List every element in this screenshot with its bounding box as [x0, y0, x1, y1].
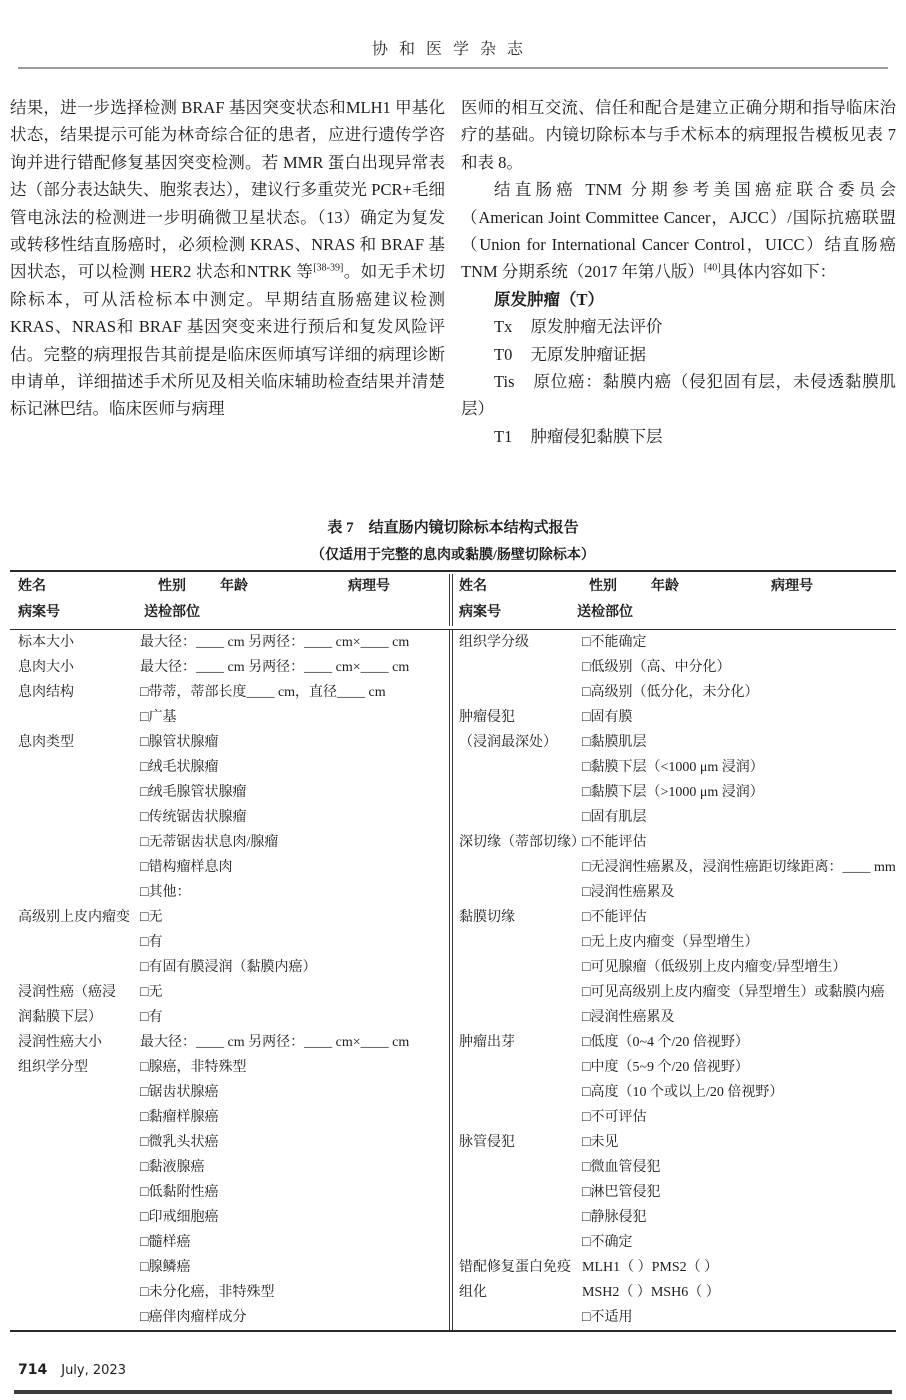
row-option: □不能评估 — [582, 905, 646, 930]
row-option: □印戒细胞癌 — [140, 1205, 218, 1230]
row-right-half: □可见腺瘤（低级别上皮内瘤变/异型增生） — [452, 955, 896, 980]
row-option: □错构瘤样息肉 — [140, 855, 232, 880]
row-left-half: □低黏附性癌 — [10, 1180, 450, 1205]
row-left-half: 高级别上皮内瘤变□无 — [10, 905, 450, 930]
tnm-code: Tis — [494, 372, 515, 391]
row-option: □有 — [140, 1005, 162, 1030]
table-row: □错构瘤样息肉□无浸润性癌累及，浸润性癌距切缘距离：____ mm — [10, 855, 896, 880]
row-label: 肿瘤出芽 — [459, 1030, 582, 1055]
article-body: 结果，进一步选择检测 BRAF 基因突变状态和MLH1 甲基化状态，结果提示可能… — [10, 94, 896, 450]
row-left-half: □绒毛腺管状腺瘤 — [10, 780, 450, 805]
row-option: □不适用 — [582, 1305, 632, 1330]
table-row: 组织学分型□腺癌，非特殊型□中度（5~9 个/20 倍视野） — [10, 1055, 896, 1080]
row-option: □不可评估 — [582, 1105, 646, 1130]
row-label: 肿瘤侵犯 — [459, 705, 582, 730]
row-right-half: □淋巴管侵犯 — [452, 1180, 896, 1205]
row-option: □微乳头状癌 — [140, 1130, 218, 1155]
row-right-half: 肿瘤侵犯□固有膜 — [452, 705, 896, 730]
table-row: 润黏膜下层）□有□浸润性癌累及 — [10, 1005, 896, 1030]
row-option: 最大径：____ cm 另两径：____ cm×____ cm — [140, 630, 409, 655]
row-option: □其他： — [140, 880, 190, 905]
table-row: □微乳头状癌脉管侵犯□未见 — [10, 1130, 896, 1155]
row-left-half: □黏液腺癌 — [10, 1155, 450, 1180]
row-right-half: □无浸润性癌累及，浸润性癌距切缘距离：____ mm — [452, 855, 896, 880]
row-right-half: 组化MSH2（ ）MSH6（ ） — [452, 1280, 896, 1305]
row-left-half: 息肉结构□带蒂，蒂部长度____ cm，直径____ cm — [10, 680, 450, 705]
header-specimen-site: 送检部位 — [577, 605, 633, 620]
table-row: □其他：□浸润性癌累及 — [10, 880, 896, 905]
tnm-code: T1 — [494, 427, 512, 446]
header-age: 年龄 — [220, 574, 348, 600]
row-label: 组化 — [459, 1280, 582, 1305]
header-record-no: 病案号 — [18, 600, 144, 626]
row-left-half: □错构瘤样息肉 — [10, 855, 450, 880]
table-header-row-2: 病案号送检部位 病案号送检部位 — [10, 600, 896, 626]
row-right-half: □可见高级别上皮内瘤变（异型增生）或黏膜内癌 — [452, 980, 896, 1005]
table-row: 浸润性癌大小最大径：____ cm 另两径：____ cm×____ cm肿瘤出… — [10, 1030, 896, 1055]
row-right-half: □高级别（低分化，未分化） — [452, 680, 896, 705]
tnm-item-t1: T1肿瘤侵犯黏膜下层 — [461, 423, 896, 450]
row-left-half: □其他： — [10, 880, 450, 905]
bottom-rule — [14, 1390, 892, 1394]
row-right-half: □高度（10 个或以上/20 倍视野） — [452, 1080, 896, 1105]
issue-date: July, 2023 — [61, 1363, 126, 1378]
row-option: □腺鳞癌 — [140, 1255, 190, 1280]
row-right-half: □黏膜下层（>1000 μm 浸润） — [452, 780, 896, 805]
row-option: □浸润性癌累及 — [582, 1005, 674, 1030]
row-right-half: □无上皮内瘤变（异型增生） — [452, 930, 896, 955]
row-label: 组织学分级 — [459, 630, 582, 655]
table-7: 姓名性别年龄病理号 姓名性别年龄病理号 病案号送检部位 病案号送检部位 标本大小… — [10, 570, 896, 1332]
row-right-half: □不确定 — [452, 1230, 896, 1255]
row-option: □无 — [140, 905, 162, 930]
row-left-half: 组织学分型□腺癌，非特殊型 — [10, 1055, 450, 1080]
row-right-half: 肿瘤出芽□低度（0~4 个/20 倍视野） — [452, 1030, 896, 1055]
left-text-part1: 结果，进一步选择检测 BRAF 基因突变状态和MLH1 甲基化状态，结果提示可能… — [10, 98, 445, 281]
table-row: □锯齿状腺癌□高度（10 个或以上/20 倍视野） — [10, 1080, 896, 1105]
row-right-half: □静脉侵犯 — [452, 1205, 896, 1230]
journal-page: 协和医学杂志 结果，进一步选择检测 BRAF 基因突变状态和MLH1 甲基化状态… — [0, 0, 906, 1400]
article-right-column: 医师的相互交流、信任和配合是建立正确分期和指导临床治疗的基础。内镜切除标本与手术… — [461, 94, 896, 450]
row-option: □未分化癌，非特殊型 — [140, 1280, 274, 1305]
row-label: 黏膜切缘 — [459, 905, 582, 930]
row-right-half: □中度（5~9 个/20 倍视野） — [452, 1055, 896, 1080]
row-left-half: 息肉类型□腺管状腺瘤 — [10, 730, 450, 755]
article-left-text: 结果，进一步选择检测 BRAF 基因突变状态和MLH1 甲基化状态，结果提示可能… — [10, 94, 445, 423]
row-left-half: □锯齿状腺癌 — [10, 1080, 450, 1105]
table-row: □有□无上皮内瘤变（异型增生） — [10, 930, 896, 955]
row-option: □绒毛状腺瘤 — [140, 755, 218, 780]
table-row: □广基肿瘤侵犯□固有膜 — [10, 705, 896, 730]
row-label: 浸润性癌大小 — [18, 1030, 140, 1055]
row-label: 脉管侵犯 — [459, 1130, 582, 1155]
row-option: □黏膜肌层 — [582, 730, 646, 755]
tnm-text: 原发肿瘤无法评价 — [530, 317, 662, 336]
table-row: □未分化癌，非特殊型组化MSH2（ ）MSH6（ ） — [10, 1280, 896, 1305]
table-caption: 表 7 结直肠内镜切除标本结构式报告 — [0, 516, 906, 537]
tnm-text: 无原发肿瘤证据 — [530, 345, 646, 364]
row-option: □可见腺瘤（低级别上皮内瘤变/异型增生） — [582, 955, 846, 980]
row-option: □低黏附性癌 — [140, 1180, 218, 1205]
row-option: □传统锯齿状腺瘤 — [140, 805, 246, 830]
row-left-half: □无蒂锯齿状息肉/腺瘤 — [10, 830, 450, 855]
row-right-half: □不适用 — [452, 1305, 896, 1330]
row-option: □有 — [140, 930, 162, 955]
table-row: □癌伴肉瘤样成分□不适用 — [10, 1305, 896, 1330]
tnm-item-tis: Tis原位癌：黏膜内癌（侵犯固有层，未侵透黏膜肌层） — [461, 368, 896, 423]
row-left-half: □印戒细胞癌 — [10, 1205, 450, 1230]
row-option: 最大径：____ cm 另两径：____ cm×____ cm — [140, 1030, 409, 1055]
tnm-item-tx: Tx原发肿瘤无法评价 — [461, 313, 896, 340]
table-row: □有固有膜浸润（黏膜内癌）□可见腺瘤（低级别上皮内瘤变/异型增生） — [10, 955, 896, 980]
tnm-code: Tx — [494, 317, 512, 336]
table-row: □低黏附性癌□淋巴管侵犯 — [10, 1180, 896, 1205]
table-header-row-1: 姓名性别年龄病理号 姓名性别年龄病理号 — [10, 574, 896, 600]
row-option: □低级别（高、中分化） — [582, 655, 730, 680]
header-left-half: 姓名性别年龄病理号 — [10, 574, 450, 600]
tnm-text: 肿瘤侵犯黏膜下层 — [530, 427, 662, 446]
tnm-code: T0 — [494, 345, 512, 364]
row-option: □锯齿状腺癌 — [140, 1080, 218, 1105]
header-pathology-no: 病理号 — [348, 579, 390, 594]
row-option: □无蒂锯齿状息肉/腺瘤 — [140, 830, 278, 855]
row-option: □腺管状腺瘤 — [140, 730, 218, 755]
row-left-half: □传统锯齿状腺瘤 — [10, 805, 450, 830]
row-option: □无浸润性癌累及，浸润性癌距切缘距离：____ mm — [582, 855, 896, 880]
row-option: □固有肌层 — [582, 805, 646, 830]
row-option: □微血管侵犯 — [582, 1155, 660, 1180]
row-left-half: □有 — [10, 930, 450, 955]
row-option: □腺癌，非特殊型 — [140, 1055, 246, 1080]
row-label: 深切缘（蒂部切缘） — [459, 830, 582, 855]
row-right-half: □黏膜下层（<1000 μm 浸润） — [452, 755, 896, 780]
row-label: 息肉大小 — [18, 655, 140, 680]
right-paragraph-1: 医师的相互交流、信任和配合是建立正确分期和指导临床治疗的基础。内镜切除标本与手术… — [461, 94, 896, 176]
row-left-half: □髓样癌 — [10, 1230, 450, 1255]
row-option: □静脉侵犯 — [582, 1205, 646, 1230]
header-sex: 性别 — [158, 574, 220, 600]
row-option: □广基 — [140, 705, 176, 730]
row-option: □不能确定 — [582, 630, 646, 655]
table-row: □黏瘤样腺癌□不可评估 — [10, 1105, 896, 1130]
row-option: □无上皮内瘤变（异型增生） — [582, 930, 758, 955]
row-option: MSH2（ ）MSH6（ ） — [582, 1280, 720, 1305]
journal-title: 协和医学杂志 — [0, 36, 906, 59]
row-right-half: □固有肌层 — [452, 805, 896, 830]
citation-38-39: [38-39] — [313, 263, 343, 274]
row-left-half: 润黏膜下层）□有 — [10, 1005, 450, 1030]
table-row: 息肉结构□带蒂，蒂部长度____ cm，直径____ cm□高级别（低分化，未分… — [10, 680, 896, 705]
row-right-half: 深切缘（蒂部切缘）□不能评估 — [452, 830, 896, 855]
header-name: 姓名 — [459, 574, 589, 600]
article-left-column: 结果，进一步选择检测 BRAF 基因突变状态和MLH1 甲基化状态，结果提示可能… — [10, 94, 445, 450]
table-subcaption: （仅适用于完整的息肉或黏膜/肠壁切除标本） — [0, 544, 906, 564]
header-sex: 性别 — [589, 574, 651, 600]
row-option: □黏膜下层（>1000 μm 浸润） — [582, 780, 764, 805]
row-right-half: □不可评估 — [452, 1105, 896, 1130]
row-option: □黏液腺癌 — [140, 1155, 204, 1180]
row-right-half: 组织学分级□不能确定 — [452, 630, 896, 655]
row-left-half: □未分化癌，非特殊型 — [10, 1280, 450, 1305]
table-row: □传统锯齿状腺瘤□固有肌层 — [10, 805, 896, 830]
row-label: 组织学分型 — [18, 1055, 140, 1080]
table-row: 浸润性癌（癌浸□无□可见高级别上皮内瘤变（异型增生）或黏膜内癌 — [10, 980, 896, 1005]
right-paragraph-2: 结直肠癌 TNM 分期参考美国癌症联合委员会（American Joint Co… — [461, 176, 896, 286]
row-label: （浸润最深处） — [459, 730, 582, 755]
page-number: 714 — [18, 1362, 47, 1378]
row-left-half: 息肉大小最大径：____ cm 另两径：____ cm×____ cm — [10, 655, 450, 680]
row-right-half: □微血管侵犯 — [452, 1155, 896, 1180]
header-specimen-site: 送检部位 — [144, 605, 200, 620]
row-left-half: 标本大小最大径：____ cm 另两径：____ cm×____ cm — [10, 630, 450, 655]
row-label: 息肉结构 — [18, 680, 140, 705]
row-label: 高级别上皮内瘤变 — [18, 905, 140, 930]
row-option: □癌伴肉瘤样成分 — [140, 1305, 246, 1330]
row-right-half: □浸润性癌累及 — [452, 1005, 896, 1030]
row-option: □髓样癌 — [140, 1230, 190, 1255]
row-label: 浸润性癌（癌浸 — [18, 980, 140, 1005]
table-header: 姓名性别年龄病理号 姓名性别年龄病理号 病案号送检部位 病案号送检部位 — [10, 572, 896, 630]
page-footer: 714July, 2023 — [18, 1362, 126, 1378]
row-option: □浸润性癌累及 — [582, 880, 674, 905]
table-row: 息肉大小最大径：____ cm 另两径：____ cm×____ cm□低级别（… — [10, 655, 896, 680]
row-right-half: 错配修复蛋白免疫MLH1（ ）PMS2（ ） — [452, 1255, 896, 1280]
row-label: 错配修复蛋白免疫 — [459, 1255, 582, 1280]
row-label: 标本大小 — [18, 630, 140, 655]
row-right-half: □低级别（高、中分化） — [452, 655, 896, 680]
right-text-part2: 具体内容如下： — [721, 262, 837, 281]
table-row: 标本大小最大径：____ cm 另两径：____ cm×____ cm组织学分级… — [10, 630, 896, 655]
header-rule — [18, 67, 888, 69]
row-option: □未见 — [582, 1130, 618, 1155]
row-option: □淋巴管侵犯 — [582, 1180, 660, 1205]
row-option: □有固有膜浸润（黏膜内癌） — [140, 955, 316, 980]
row-left-half: □腺鳞癌 — [10, 1255, 450, 1280]
table-row: 息肉类型□腺管状腺瘤（浸润最深处）□黏膜肌层 — [10, 730, 896, 755]
row-label: 润黏膜下层） — [18, 1005, 140, 1030]
table-row: 高级别上皮内瘤变□无黏膜切缘□不能评估 — [10, 905, 896, 930]
row-option: □中度（5~9 个/20 倍视野） — [582, 1055, 749, 1080]
header-age: 年龄 — [651, 574, 771, 600]
row-option: □无 — [140, 980, 162, 1005]
table-body: 标本大小最大径：____ cm 另两径：____ cm×____ cm组织学分级… — [10, 630, 896, 1330]
row-option: □高度（10 个或以上/20 倍视野） — [582, 1080, 783, 1105]
row-left-half: □广基 — [10, 705, 450, 730]
row-option: □不确定 — [582, 1230, 632, 1255]
row-option: □固有膜 — [582, 705, 632, 730]
table-row: □无蒂锯齿状息肉/腺瘤深切缘（蒂部切缘）□不能评估 — [10, 830, 896, 855]
left-text-part2: 。如无手术切除标本，可从活检标本中测定。早期结直肠癌建议检测 KRAS、NRAS… — [10, 262, 445, 418]
citation-40: [40] — [704, 263, 721, 274]
row-left-half: □有固有膜浸润（黏膜内癌） — [10, 955, 450, 980]
header-record-no: 病案号 — [459, 600, 577, 626]
row-option: □不能评估 — [582, 830, 646, 855]
header-pathology-no: 病理号 — [771, 579, 813, 594]
tnm-text: 原位癌：黏膜内癌（侵犯固有层，未侵透黏膜肌层） — [461, 372, 896, 418]
row-left-half: □绒毛状腺瘤 — [10, 755, 450, 780]
row-left-half: 浸润性癌大小最大径：____ cm 另两径：____ cm×____ cm — [10, 1030, 450, 1055]
row-left-half: □黏瘤样腺癌 — [10, 1105, 450, 1130]
row-option: □黏瘤样腺癌 — [140, 1105, 218, 1130]
header-left-half: 病案号送检部位 — [10, 600, 450, 626]
row-left-half: □癌伴肉瘤样成分 — [10, 1305, 450, 1330]
row-option: □可见高级别上皮内瘤变（异型增生）或黏膜内癌 — [582, 980, 884, 1005]
table-row: □髓样癌□不确定 — [10, 1230, 896, 1255]
row-right-half: 黏膜切缘□不能评估 — [452, 905, 896, 930]
row-option: □绒毛腺管状腺瘤 — [140, 780, 246, 805]
table-row: □绒毛腺管状腺瘤□黏膜下层（>1000 μm 浸润） — [10, 780, 896, 805]
row-right-half: 脉管侵犯□未见 — [452, 1130, 896, 1155]
row-option: □黏膜下层（<1000 μm 浸润） — [582, 755, 764, 780]
row-option: □高级别（低分化，未分化） — [582, 680, 758, 705]
row-right-half: □浸润性癌累及 — [452, 880, 896, 905]
row-option: □带蒂，蒂部长度____ cm，直径____ cm — [140, 680, 386, 705]
row-option: 最大径：____ cm 另两径：____ cm×____ cm — [140, 655, 409, 680]
table-row: □印戒细胞癌□静脉侵犯 — [10, 1205, 896, 1230]
header-right-half: 姓名性别年龄病理号 — [452, 574, 896, 600]
row-right-half: （浸润最深处）□黏膜肌层 — [452, 730, 896, 755]
tnm-item-t0: T0无原发肿瘤证据 — [461, 341, 896, 368]
table-row: □黏液腺癌□微血管侵犯 — [10, 1155, 896, 1180]
tnm-heading: 原发肿瘤（T） — [461, 286, 896, 313]
table-row: □绒毛状腺瘤□黏膜下层（<1000 μm 浸润） — [10, 755, 896, 780]
header-right-half: 病案号送检部位 — [452, 600, 896, 626]
row-label: 息肉类型 — [18, 730, 140, 755]
row-left-half: 浸润性癌（癌浸□无 — [10, 980, 450, 1005]
row-option: MLH1（ ）PMS2（ ） — [582, 1255, 718, 1280]
header-name: 姓名 — [18, 574, 158, 600]
row-option: □低度（0~4 个/20 倍视野） — [582, 1030, 749, 1055]
table-row: □腺鳞癌错配修复蛋白免疫MLH1（ ）PMS2（ ） — [10, 1255, 896, 1280]
row-left-half: □微乳头状癌 — [10, 1130, 450, 1155]
